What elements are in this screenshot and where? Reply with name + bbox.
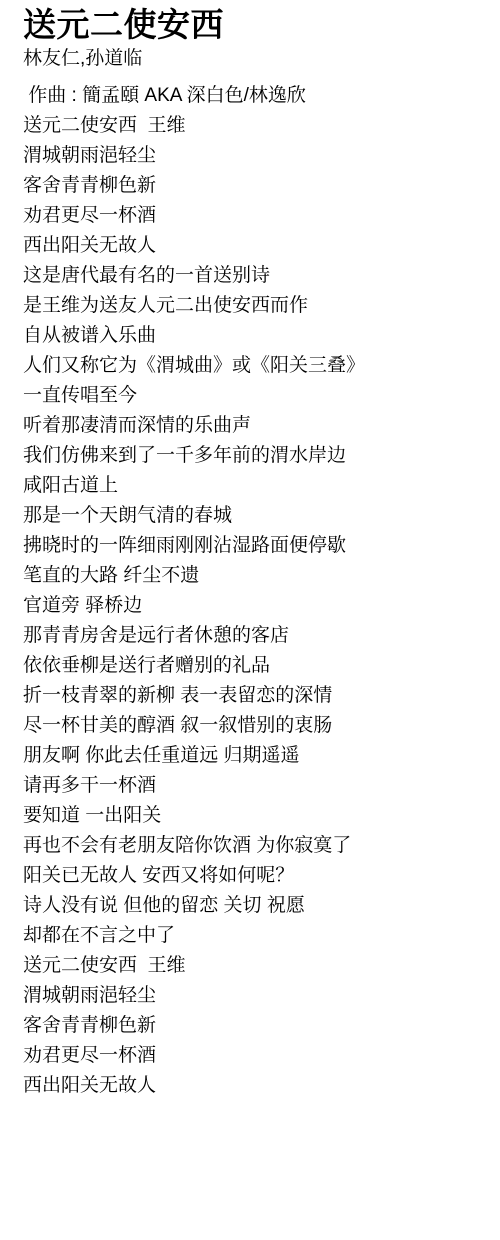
lyric-line: 是王维为送友人元二出使安西而作	[23, 291, 492, 321]
lyric-line: 折一枝青翠的新柳 表一表留恋的深情	[23, 681, 492, 711]
lyric-line: 客舍青青柳色新	[23, 171, 492, 201]
lyric-line: 要知道 一出阳关	[23, 801, 492, 831]
lyric-line: 再也不会有老朋友陪你饮酒 为你寂寞了	[23, 831, 492, 861]
song-title: 送元二使安西	[23, 4, 492, 45]
lyric-line: 渭城朝雨浥轻尘	[23, 141, 492, 171]
lyric-line: 送元二使安西 王维	[23, 111, 492, 141]
lyric-line: 请再多干一杯酒	[23, 771, 492, 801]
lyric-line: 拂晓时的一阵细雨刚刚沾湿路面便停歇	[23, 531, 492, 561]
lyric-line: 官道旁 驿桥边	[23, 591, 492, 621]
lyric-line: 阳关已无故人 安西又将如何呢？	[23, 861, 492, 891]
lyric-line: 一直传唱至今	[23, 381, 492, 411]
lyric-line: 渭城朝雨浥轻尘	[23, 981, 492, 1011]
lyric-line: 自从被谱入乐曲	[23, 321, 492, 351]
lyric-line: 人们又称它为《渭城曲》或《阳关三叠》	[23, 351, 492, 381]
lyric-line: 那是一个天朗气清的春城	[23, 501, 492, 531]
lyric-line: 西出阳关无故人	[23, 1071, 492, 1101]
lyric-line: 这是唐代最有名的一首送别诗	[23, 261, 492, 291]
lyric-line: 朋友啊 你此去任重道远 归期遥遥	[23, 741, 492, 771]
lyric-line: 依依垂柳是送行者赠别的礼品	[23, 651, 492, 681]
lyric-line: 送元二使安西 王维	[23, 951, 492, 981]
lyric-line: 听着那凄清而深情的乐曲声	[23, 411, 492, 441]
lyric-line: 诗人没有说 但他的留恋 关切 祝愿	[23, 891, 492, 921]
lyric-line: 西出阳关无故人	[23, 231, 492, 261]
lyric-line: 却都在不言之中了	[23, 921, 492, 951]
lyrics-page: 送元二使安西 林友仁,孙道临 作曲 : 簡孟頤 AKA 深白色/林逸欣送元二使安…	[0, 0, 500, 1101]
lyric-line: 劝君更尽一杯酒	[23, 201, 492, 231]
lyric-line: 劝君更尽一杯酒	[23, 1041, 492, 1071]
artist-names: 林友仁,孙道临	[23, 45, 492, 73]
lyric-line: 咸阳古道上	[23, 471, 492, 501]
lyric-line: 客舍青青柳色新	[23, 1011, 492, 1041]
lyric-line: 尽一杯甘美的醇酒 叙一叙惜别的衷肠	[23, 711, 492, 741]
lyric-line: 笔直的大路 纤尘不遗	[23, 561, 492, 591]
lyrics-body: 作曲 : 簡孟頤 AKA 深白色/林逸欣送元二使安西 王维渭城朝雨浥轻尘客舍青青…	[23, 81, 492, 1101]
lyric-line: 那青青房舍是远行者休憩的客店	[23, 621, 492, 651]
lyric-line: 作曲 : 簡孟頤 AKA 深白色/林逸欣	[23, 81, 492, 111]
lyric-line: 我们仿佛来到了一千多年前的渭水岸边	[23, 441, 492, 471]
